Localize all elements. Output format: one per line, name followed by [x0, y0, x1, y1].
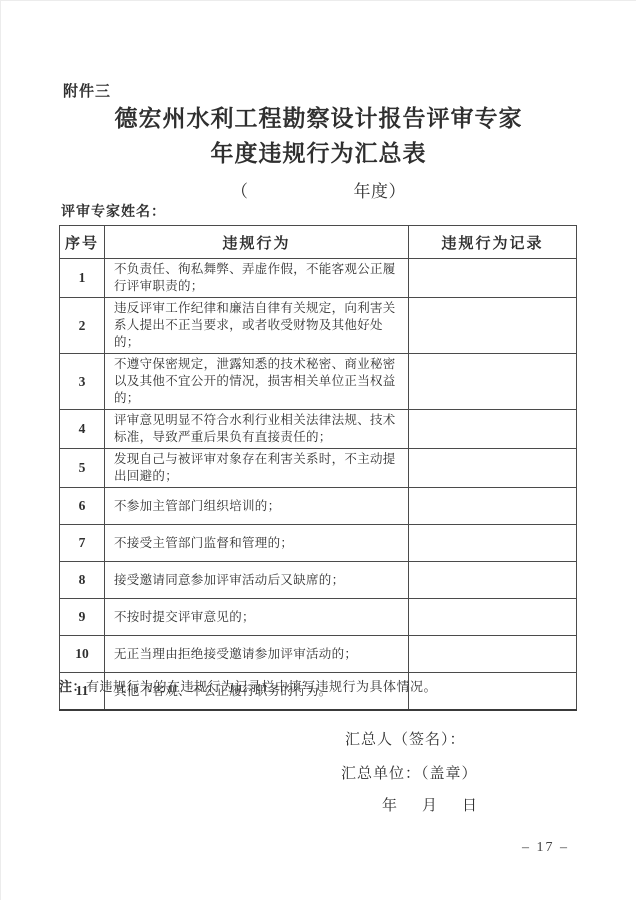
row-record-cell	[409, 354, 577, 410]
page-number: – 17 –	[522, 840, 569, 856]
document-title-line2: 年度违规行为汇总表	[1, 139, 636, 168]
col-header-behavior: 违规行为	[105, 226, 409, 259]
row-record-cell	[409, 488, 577, 525]
row-behavior: 评审意见明显不符合水利行业相关法律法规、技术标准，导致严重后果负有直接责任的；	[105, 410, 409, 449]
row-behavior: 无正当理由拒绝接受邀请参加评审活动的；	[105, 636, 409, 673]
date-blank-label: 年 月 日	[382, 794, 482, 815]
row-record-cell	[409, 259, 577, 298]
row-number: 8	[60, 562, 105, 599]
row-record-cell	[409, 562, 577, 599]
summary-unit-seal-label: 汇总单位：（盖章）	[341, 762, 478, 783]
row-behavior: 不按时提交评审意见的；	[105, 599, 409, 636]
row-behavior: 违反评审工作纪律和廉洁自律有关规定，向利害关系人提出不正当要求，或者收受财物及其…	[105, 298, 409, 354]
violations-table-body: 1 不负责任、徇私舞弊、弄虚作假，不能客观公正履行评审职责的； 2 违反评审工作…	[60, 259, 577, 711]
table-row: 8 接受邀请同意参加评审活动后又缺席的；	[60, 562, 577, 599]
row-record-cell	[409, 636, 577, 673]
table-row: 9 不按时提交评审意见的；	[60, 599, 577, 636]
expert-name-label: 评审专家姓名：	[61, 201, 166, 221]
table-row: 3 不遵守保密规定，泄露知悉的技术秘密、商业秘密以及其他不宜公开的情况，损害相关…	[60, 354, 577, 410]
row-number: 1	[60, 259, 105, 298]
row-record-cell	[409, 410, 577, 449]
year-blank-line: （ 年度）	[1, 177, 636, 202]
row-record-cell	[409, 599, 577, 636]
table-row: 6 不参加主管部门组织培训的；	[60, 488, 577, 525]
row-behavior: 不参加主管部门组织培训的；	[105, 488, 409, 525]
document-title-line1: 德宏州水利工程勘察设计报告评审专家	[1, 104, 636, 133]
row-behavior: 发现自己与被评审对象存在利害关系时，不主动提出回避的；	[105, 449, 409, 488]
document-page: 附件三 德宏州水利工程勘察设计报告评审专家 年度违规行为汇总表 （ 年度） 评审…	[0, 0, 636, 900]
row-behavior: 不接受主管部门监督和管理的；	[105, 525, 409, 562]
table-row: 7 不接受主管部门监督和管理的；	[60, 525, 577, 562]
row-number: 9	[60, 599, 105, 636]
row-record-cell	[409, 298, 577, 354]
row-number: 10	[60, 636, 105, 673]
col-header-record: 违规行为记录	[409, 226, 577, 259]
table-header-row: 序号 违规行为 违规行为记录	[60, 226, 577, 259]
table-row: 2 违反评审工作纪律和廉洁自律有关规定，向利害关系人提出不正当要求，或者收受财物…	[60, 298, 577, 354]
row-record-cell	[409, 525, 577, 562]
note-line: 注：有违规行为的在违规行为记录栏中填写违规行为具体情况。	[59, 676, 437, 695]
violations-table: 序号 违规行为 违规行为记录 1 不负责任、徇私舞弊、弄虚作假，不能客观公正履行…	[59, 225, 577, 711]
attachment-label: 附件三	[63, 80, 111, 101]
row-behavior: 不遵守保密规定，泄露知悉的技术秘密、商业秘密以及其他不宜公开的情况，损害相关单位…	[105, 354, 409, 410]
row-number: 4	[60, 410, 105, 449]
row-number: 5	[60, 449, 105, 488]
table-row: 5 发现自己与被评审对象存在利害关系时，不主动提出回避的；	[60, 449, 577, 488]
row-number: 7	[60, 525, 105, 562]
row-number: 3	[60, 354, 105, 410]
row-number: 2	[60, 298, 105, 354]
table-row: 10 无正当理由拒绝接受邀请参加评审活动的；	[60, 636, 577, 673]
note-text: 有违规行为的在违规行为记录栏中填写违规行为具体情况。	[86, 679, 437, 694]
row-behavior: 接受邀请同意参加评审活动后又缺席的；	[105, 562, 409, 599]
title-block: 德宏州水利工程勘察设计报告评审专家 年度违规行为汇总表 （ 年度）	[1, 104, 636, 202]
col-header-index: 序号	[60, 226, 105, 259]
row-behavior: 不负责任、徇私舞弊、弄虚作假，不能客观公正履行评审职责的；	[105, 259, 409, 298]
table-row: 4 评审意见明显不符合水利行业相关法律法规、技术标准，导致严重后果负有直接责任的…	[60, 410, 577, 449]
summarizer-signature-label: 汇总人（签名）：	[345, 728, 466, 749]
table-row: 1 不负责任、徇私舞弊、弄虚作假，不能客观公正履行评审职责的；	[60, 259, 577, 298]
row-number: 6	[60, 488, 105, 525]
note-prefix: 注：	[59, 679, 86, 694]
row-record-cell	[409, 449, 577, 488]
